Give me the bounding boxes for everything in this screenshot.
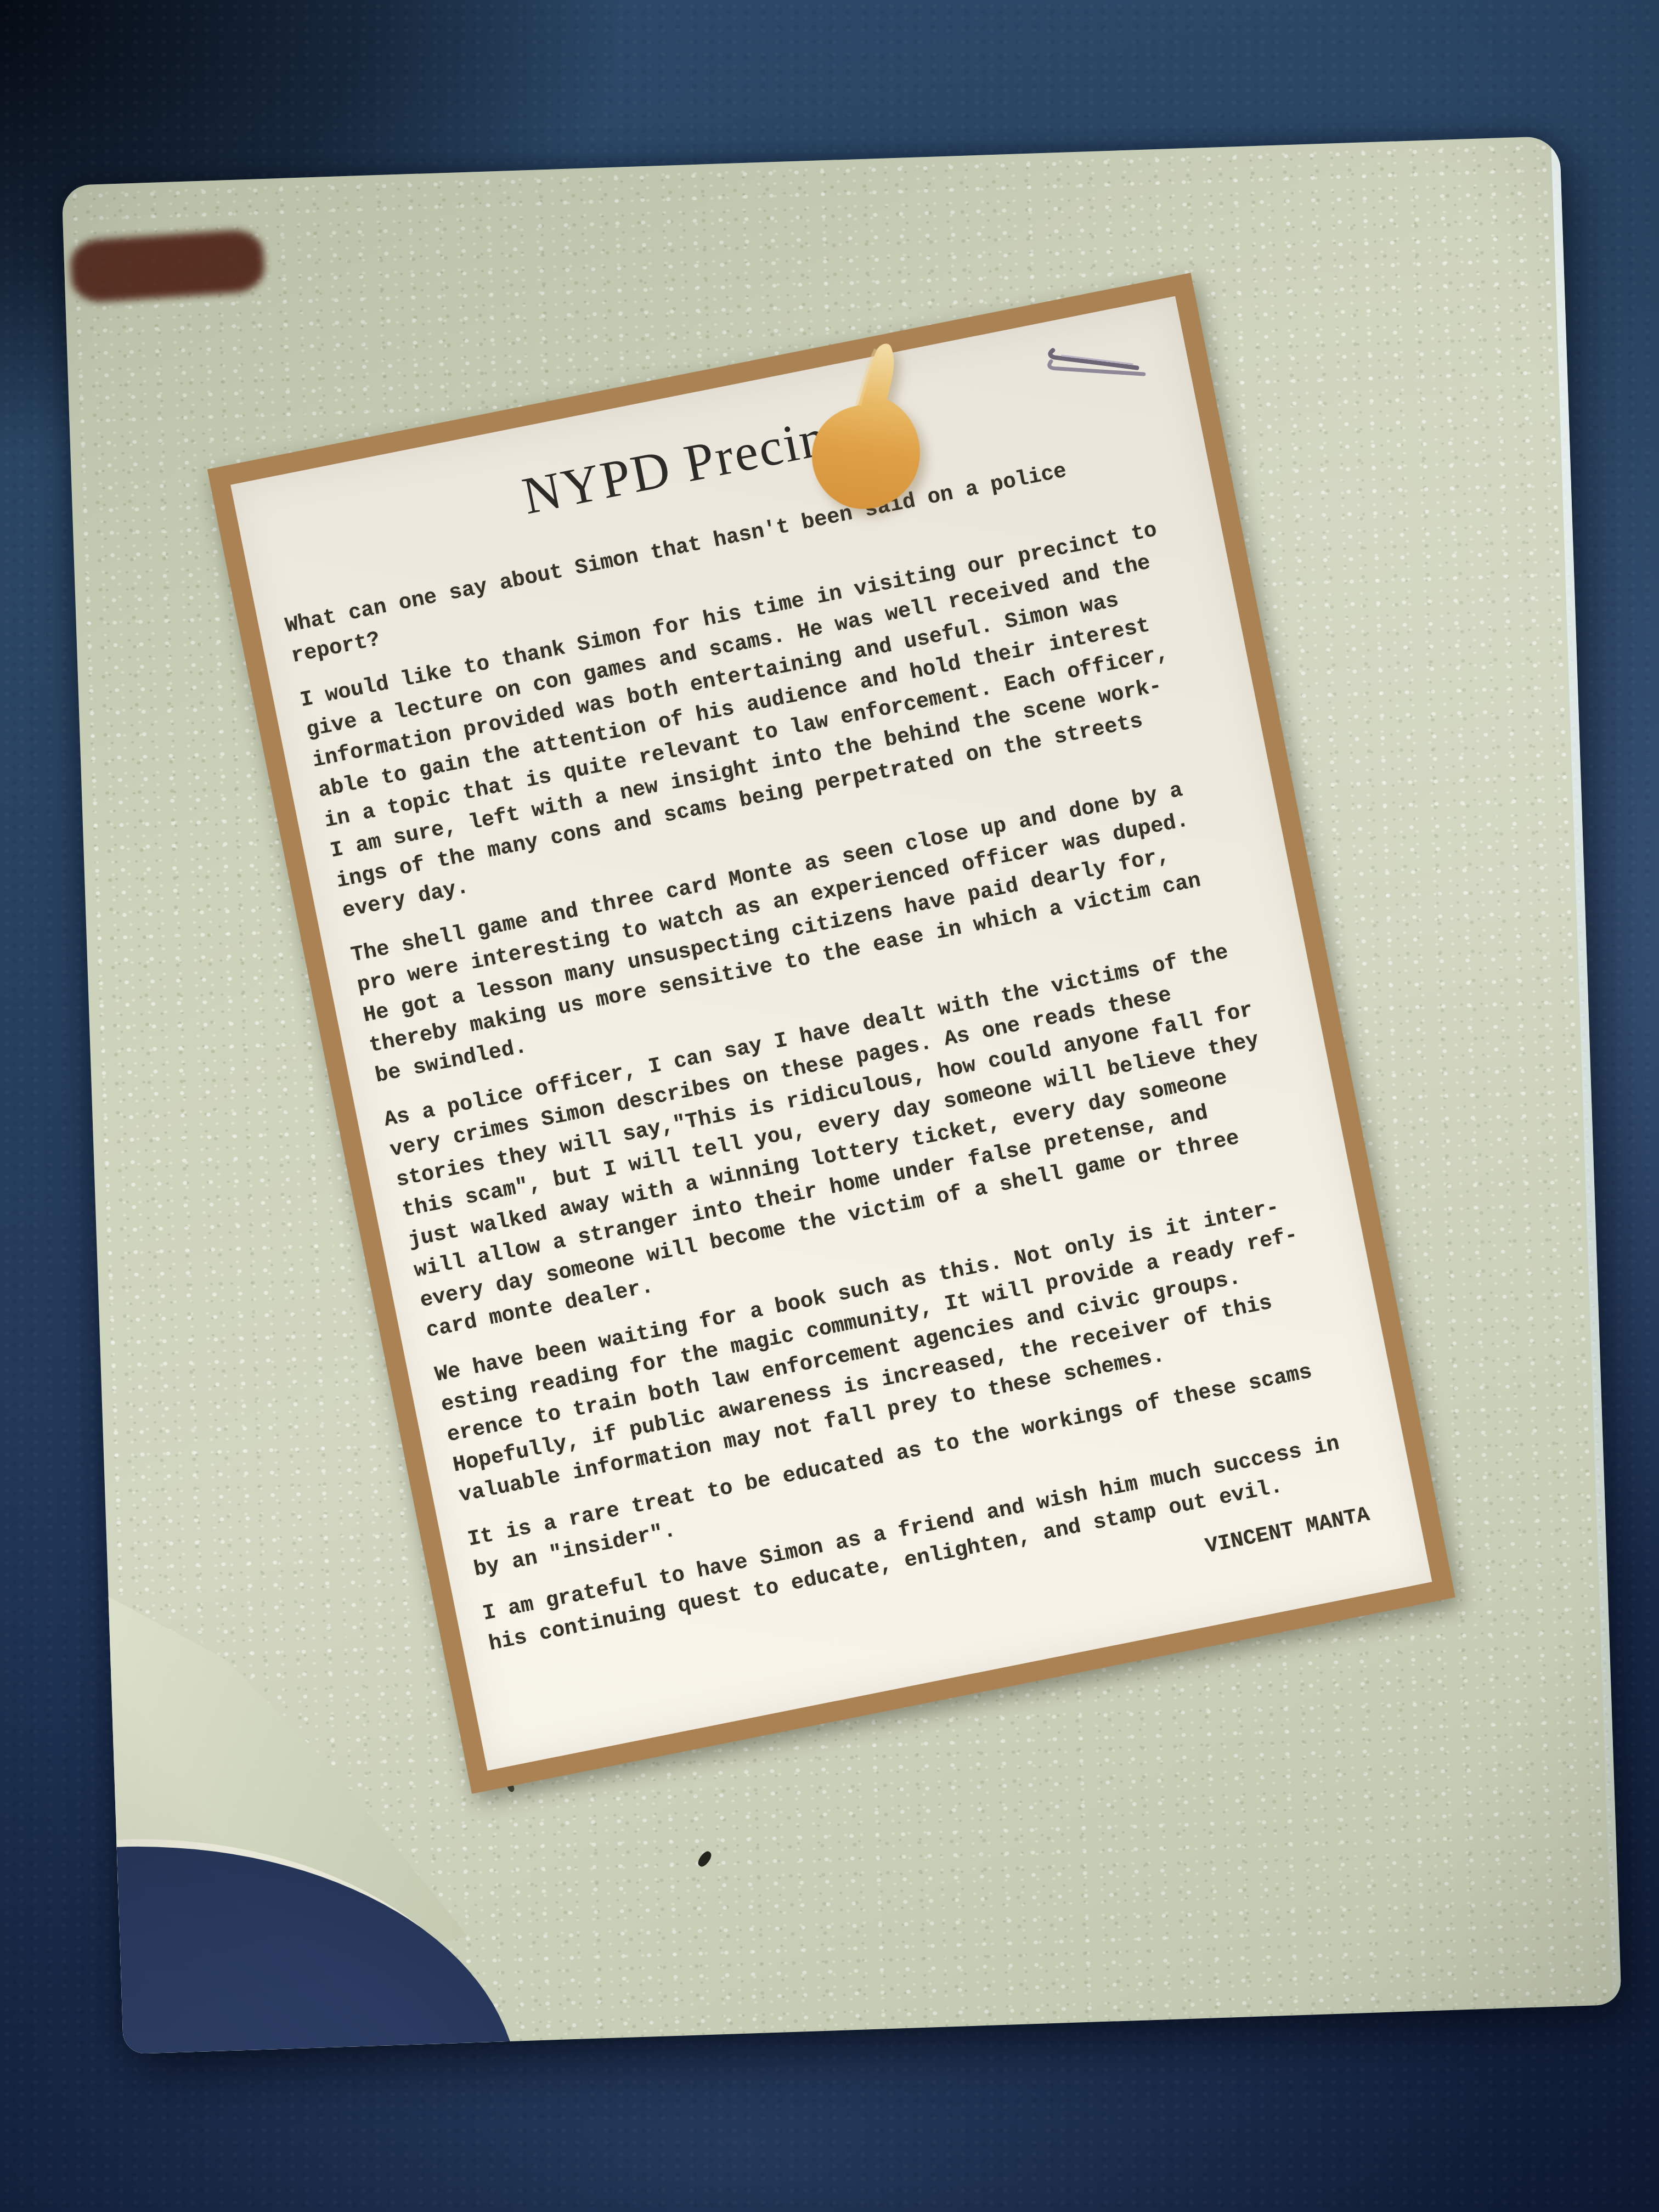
ink-smudge [69,228,266,304]
chip-crumb [776,336,967,534]
book-back-cover: NYPD Precinct 1 What can one say about S… [61,136,1621,2055]
metal-pin [1044,338,1153,387]
photo-of-book-back-cover: NYPD Precinct 1 What can one say about S… [0,0,1659,2212]
